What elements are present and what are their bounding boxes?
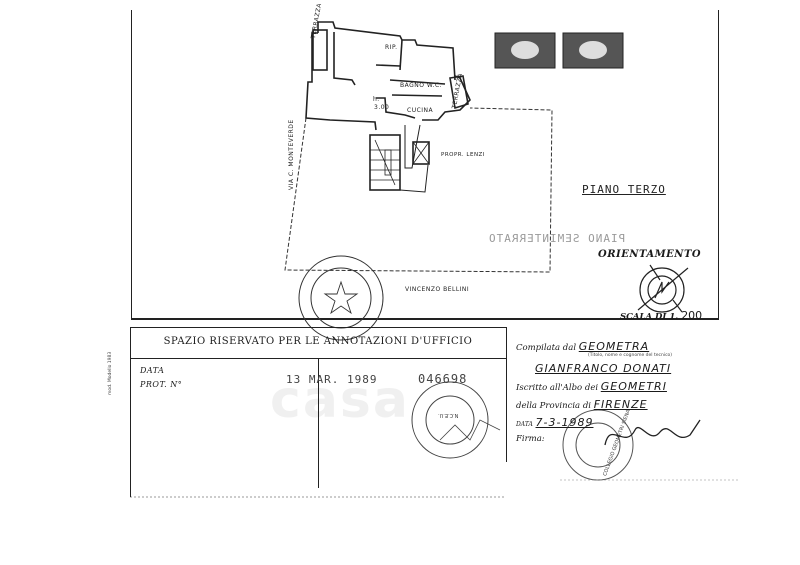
room-rip: RIP. bbox=[385, 44, 398, 51]
data2-value: 7-3-1989 bbox=[536, 416, 594, 429]
provincia-value: FIRENZE bbox=[594, 398, 648, 411]
data-label: DATA bbox=[140, 366, 164, 375]
height-label: h. bbox=[373, 96, 380, 103]
side-print: mod. Modello 1983 bbox=[108, 352, 113, 395]
ghost-text: PIANO SEMINTERRATO bbox=[488, 232, 625, 245]
prot-label: PROT. N° bbox=[140, 380, 182, 389]
form-right-divider bbox=[506, 327, 507, 462]
tecnico-name: GIANFRANCO DONATI bbox=[535, 362, 671, 375]
scale-label: SCALA DI 1. 200 bbox=[620, 309, 702, 322]
prot-number: 046698 bbox=[418, 372, 467, 386]
plan-title: PIANO TERZO bbox=[582, 183, 666, 196]
albo-value: GEOMETRI bbox=[601, 380, 667, 393]
street-bottom: VINCENZO BELLINI bbox=[405, 286, 469, 293]
data2-row: DATA 7-3-1989 bbox=[516, 416, 593, 429]
firma-label: Firma: bbox=[516, 434, 545, 444]
neighbor-label: PROPR. LENZI bbox=[441, 152, 485, 158]
stamp-date: 13 MAR. 1989 bbox=[286, 373, 377, 386]
albo-row: Iscritto all'Albo dei GEOMETRI bbox=[516, 380, 667, 393]
office-annotations-header: SPAZIO RISERVATO PER LE ANNOTAZIONI D'UF… bbox=[130, 327, 506, 359]
room-bagno: BAGNO W.C. bbox=[400, 82, 442, 89]
office-stamp: N.C.E.U. bbox=[438, 412, 458, 418]
compilata-row: Compilata dal GEOMETRA bbox=[516, 340, 649, 353]
compilata-value: GEOMETRA bbox=[579, 340, 649, 353]
compilata-hint: (Titolo, nome e cognome del tecnico) bbox=[588, 353, 672, 358]
room-cucina: CUCINA bbox=[407, 107, 433, 114]
scale-value: 200 bbox=[681, 309, 702, 322]
street-left: VIA C. MONTEVERDE bbox=[288, 119, 295, 190]
height-value: 3.00 bbox=[374, 104, 389, 111]
orientation-label: ORIENTAMENTO bbox=[598, 249, 701, 260]
